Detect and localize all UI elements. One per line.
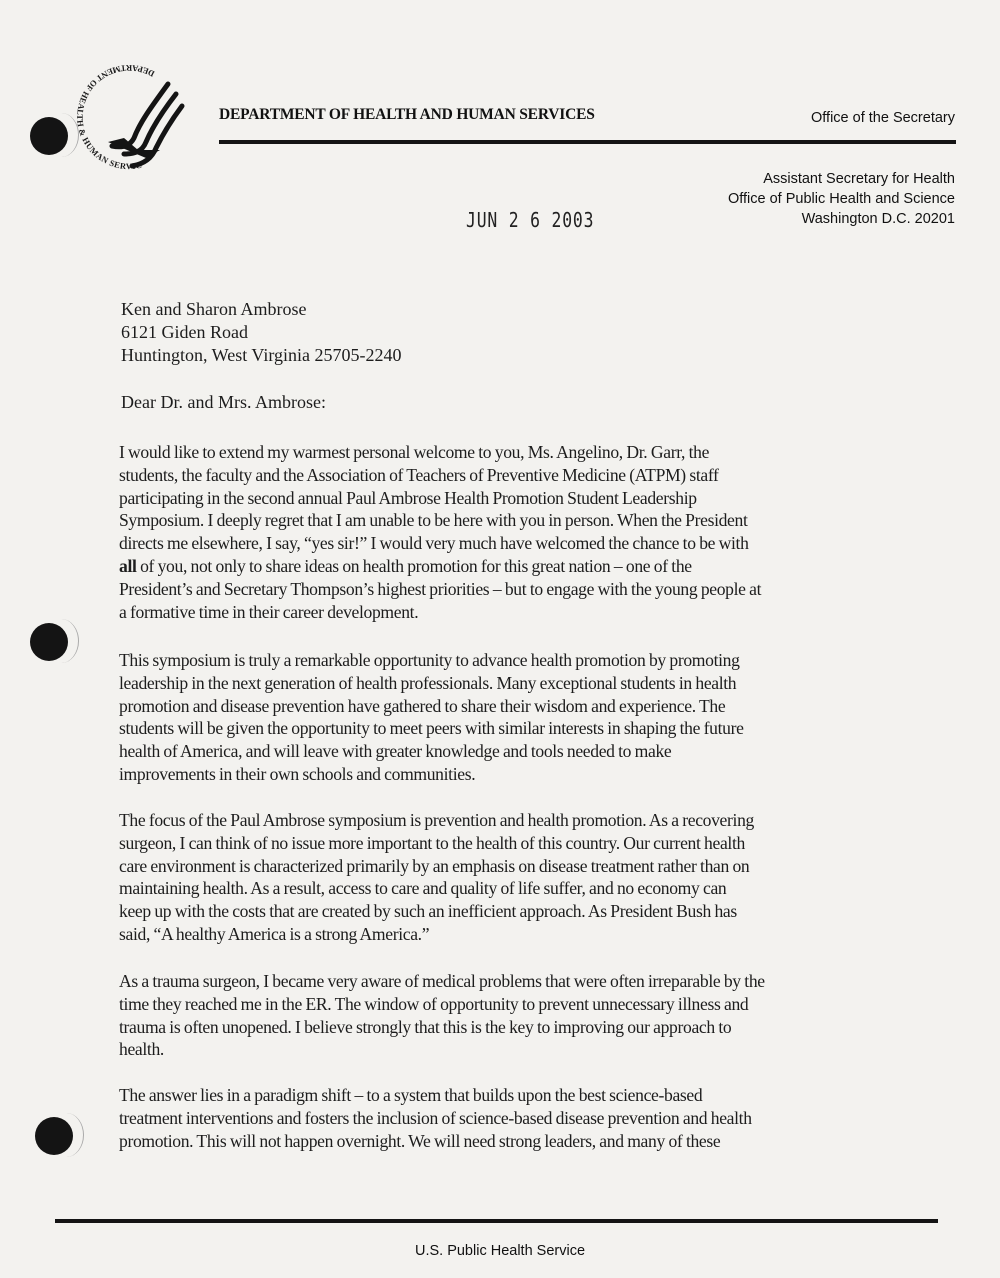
salutation: Dear Dr. and Mrs. Ambrose: (121, 392, 326, 413)
body-paragraph: I would like to extend my warmest person… (119, 441, 899, 623)
header-rule (219, 140, 956, 144)
text-line: promotion and disease prevention have ga… (119, 695, 899, 718)
text-line: health. (119, 1038, 899, 1061)
text-line: keep up with the costs that are created … (119, 900, 899, 923)
text-line: a formative time in their career develop… (119, 601, 899, 624)
body-paragraph: This symposium is truly a remarkable opp… (119, 649, 899, 786)
text-line: treatment interventions and fosters the … (119, 1107, 899, 1130)
text-line-rest: of you, not only to share ideas on healt… (140, 556, 692, 576)
text-line: The answer lies in a paradigm shift – to… (119, 1084, 899, 1107)
recipient-line: 6121 Giden Road (121, 321, 401, 344)
address-line: Washington D.C. 20201 (728, 209, 955, 229)
footer-agency: U.S. Public Health Service (0, 1243, 1000, 1259)
text-line: students, the faculty and the Associatio… (119, 464, 899, 487)
footer-rule (55, 1219, 938, 1223)
text-line: surgeon, I can think of no issue more im… (119, 832, 899, 855)
text-line: time they reached me in the ER. The wind… (119, 993, 899, 1016)
department-title: DEPARTMENT OF HEALTH AND HUMAN SERVICES (219, 106, 595, 124)
punch-hole (30, 623, 68, 661)
text-line: trauma is often unopened. I believe stro… (119, 1016, 899, 1039)
text-line: This symposium is truly a remarkable opp… (119, 649, 899, 672)
text-line: As a trauma surgeon, I became very aware… (119, 970, 899, 993)
hhs-eagle-seal-icon: DEPARTMENT OF HEALTH & HUMAN SERVICES · … (60, 50, 200, 180)
text-line: I would like to extend my warmest person… (119, 441, 899, 464)
text-line: promotion. This will not happen overnigh… (119, 1130, 899, 1153)
text-line: students will be given the opportunity t… (119, 717, 899, 740)
recipient-line: Huntington, West Virginia 25705-2240 (121, 344, 401, 367)
office-address: Assistant Secretary for Health Office of… (728, 169, 955, 229)
text-line: improvements in their own schools and co… (119, 763, 899, 786)
text-line: Symposium. I deeply regret that I am una… (119, 509, 899, 532)
text-line: participating in the second annual Paul … (119, 487, 899, 510)
punch-hole (35, 1117, 73, 1155)
date-stamp: JUN 2 6 2003 (466, 208, 594, 232)
address-line: Office of Public Health and Science (728, 189, 955, 209)
text-line: all of you, not only to share ideas on h… (119, 555, 899, 578)
recipient-address: Ken and Sharon Ambrose 6121 Giden Road H… (121, 298, 401, 367)
emphasis-word: all (119, 556, 137, 576)
text-line: directs me elsewhere, I say, “yes sir!” … (119, 532, 899, 555)
text-line: health of America, and will leave with g… (119, 740, 899, 763)
text-line: care environment is characterized primar… (119, 855, 899, 878)
recipient-line: Ken and Sharon Ambrose (121, 298, 401, 321)
text-line: said, “A healthy America is a strong Ame… (119, 923, 899, 946)
body-paragraph: As a trauma surgeon, I became very aware… (119, 970, 899, 1061)
text-line: maintaining health. As a result, access … (119, 877, 899, 900)
text-line: leadership in the next generation of hea… (119, 672, 899, 695)
text-line: The focus of the Paul Ambrose symposium … (119, 809, 899, 832)
body-paragraph: The answer lies in a paradigm shift – to… (119, 1084, 899, 1152)
office-name: Office of the Secretary (811, 110, 955, 126)
body-paragraph: The focus of the Paul Ambrose symposium … (119, 809, 899, 946)
address-line: Assistant Secretary for Health (728, 169, 955, 189)
text-line: President’s and Secretary Thompson’s hig… (119, 578, 899, 601)
